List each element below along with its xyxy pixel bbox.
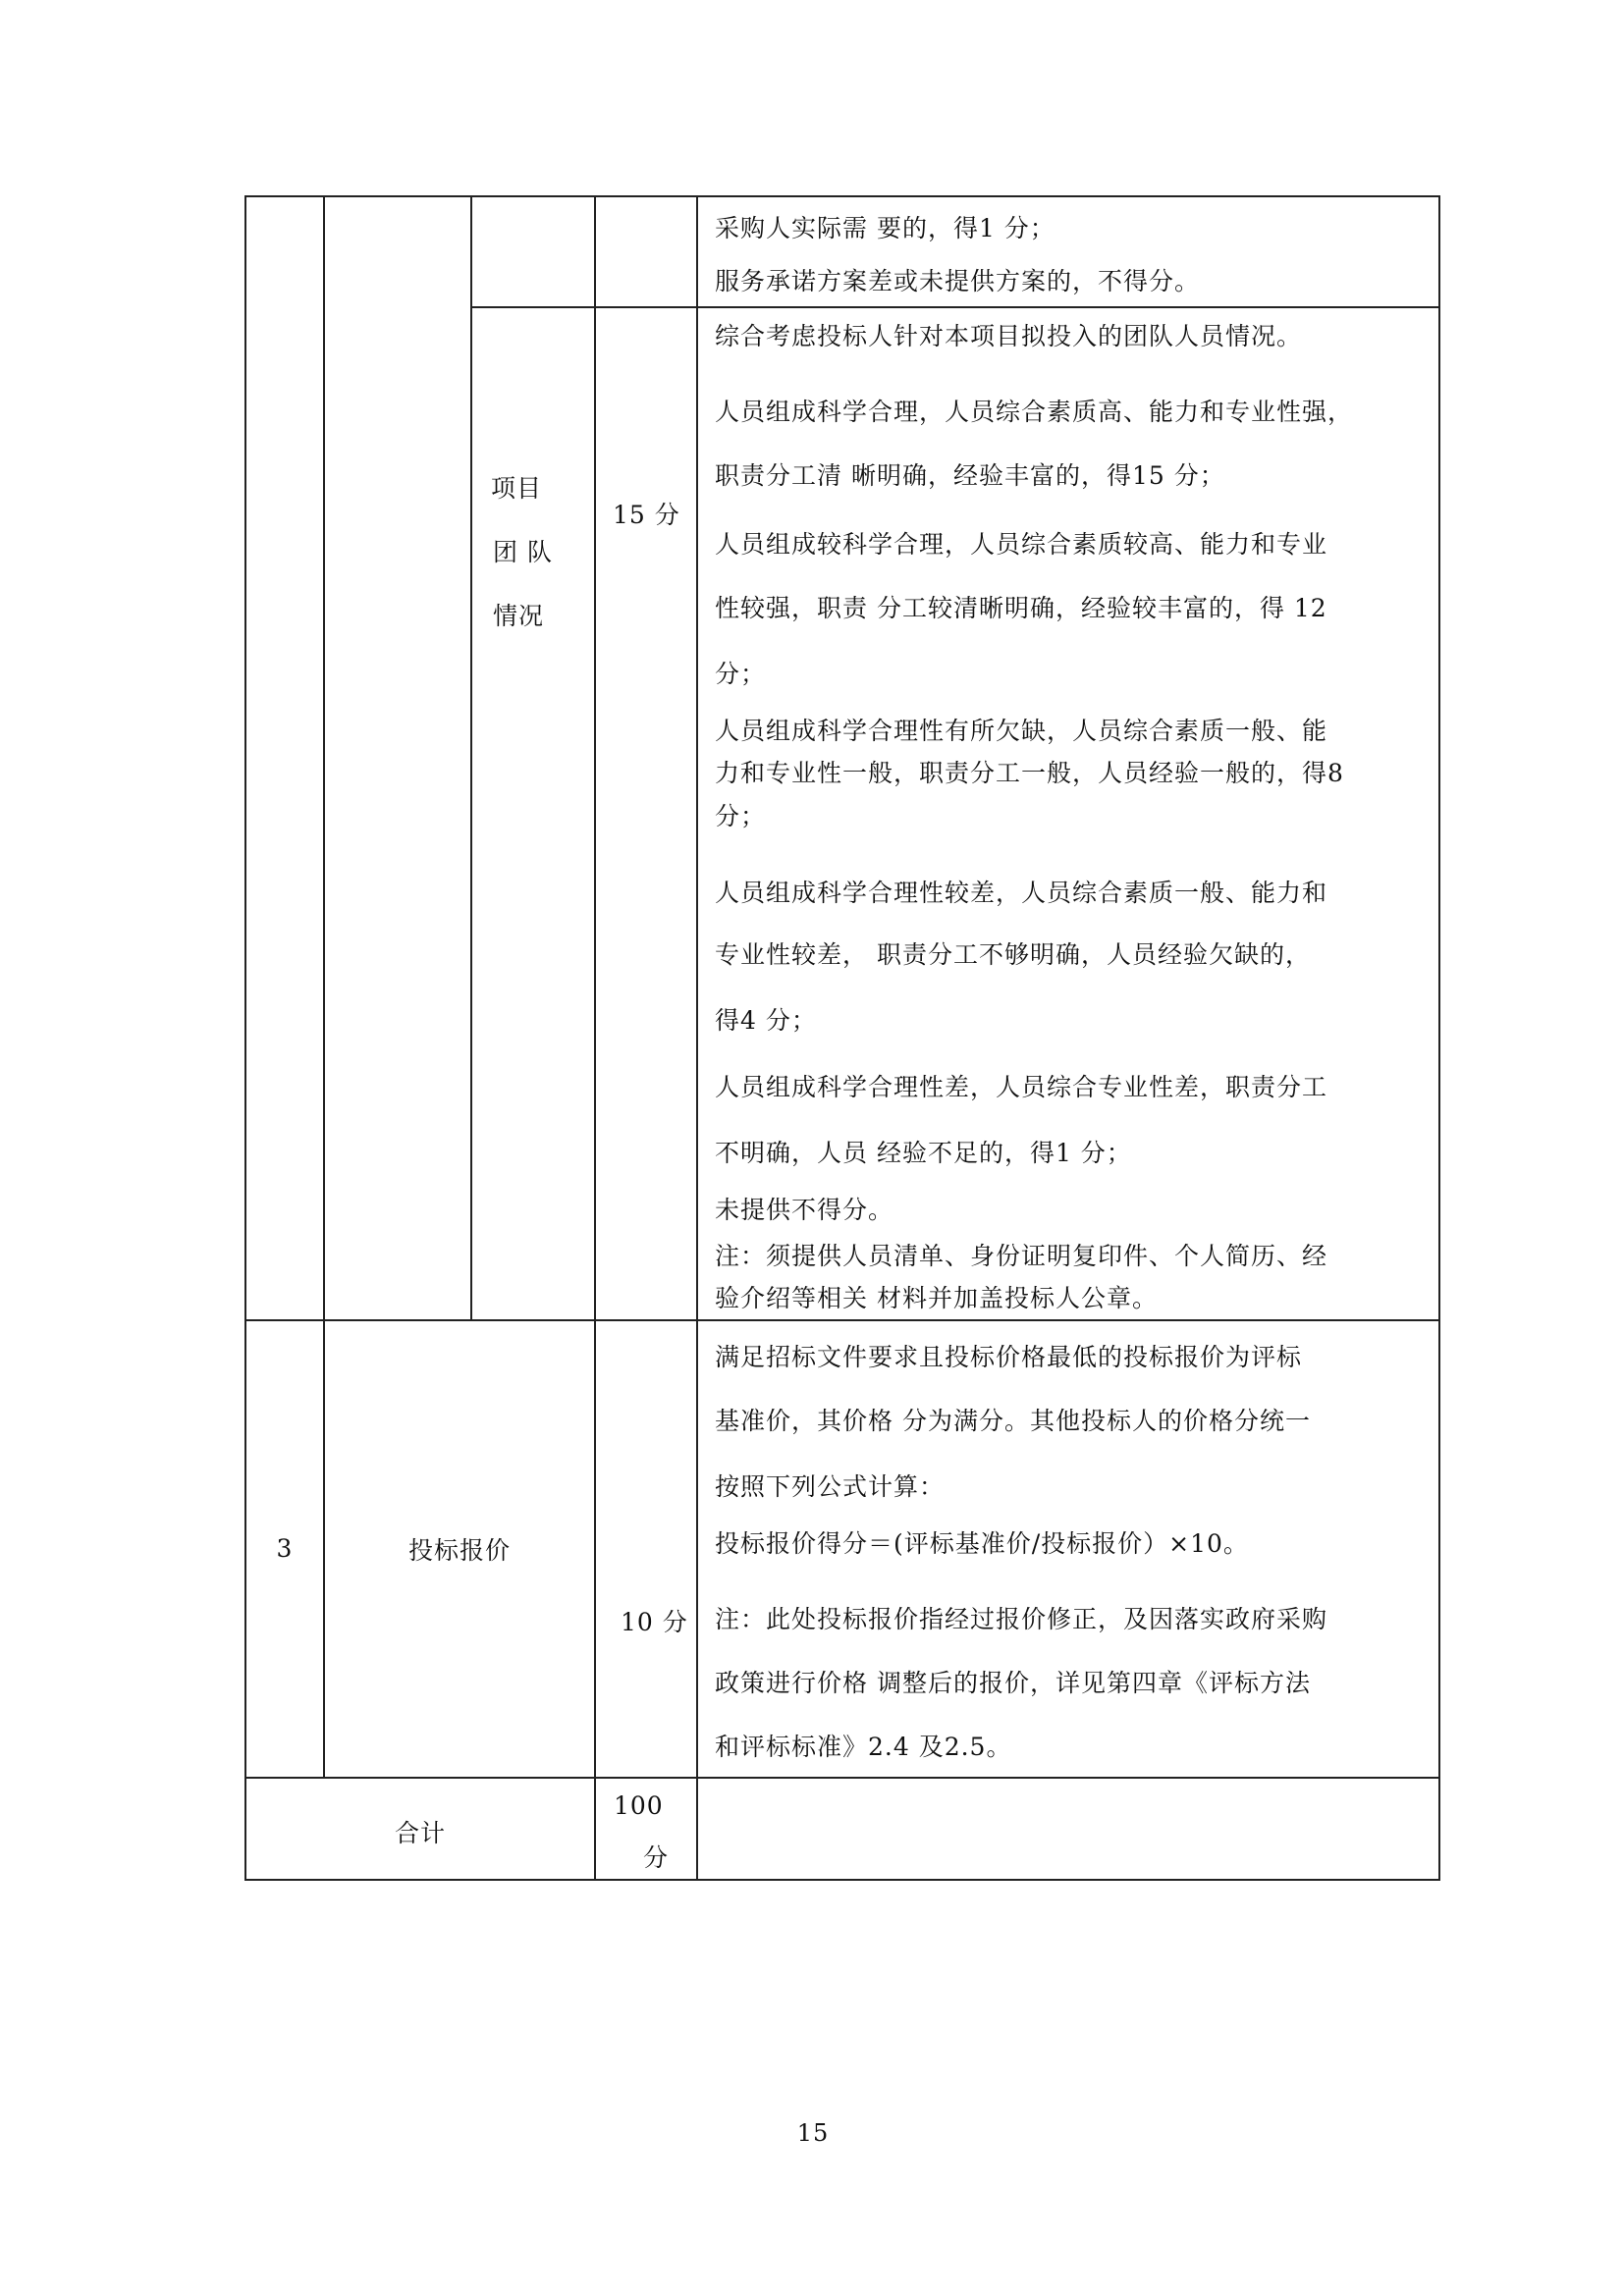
criteria-line: 服务承诺方案差或未提供方案的，不得分。	[715, 267, 1200, 296]
criteria-line: 综合考虑投标人针对本项目拟投入的团队人员情况。	[715, 322, 1302, 351]
criteria-line: 分；	[715, 660, 766, 689]
total-score: 100	[614, 1791, 664, 1821]
criteria-line: 满足招标文件要求且投标价格最低的投标报价为评标	[715, 1343, 1302, 1372]
col-border-left	[244, 195, 246, 1881]
criteria-line: 力和专业性一般，职责分工一般，人员经验一般的，得8	[715, 759, 1344, 788]
page-number: 15	[797, 2118, 830, 2148]
total-label: 合计	[395, 1819, 446, 1848]
criteria-line: 和评标标准》2.4 及2.5。	[715, 1733, 1011, 1762]
formula-line: 投标报价得分＝(评标基准价/投标报价）×10。	[715, 1529, 1249, 1559]
criteria-line: 专业性较差， 职责分工不够明确，人员经验欠缺的，	[715, 940, 1311, 970]
score: 15 分	[613, 501, 680, 530]
criteria-line: 基准价，其价格 分为满分。其他投标人的价格分统一	[715, 1407, 1311, 1436]
criteria-line: 采购人实际需 要的，得1 分；	[715, 214, 1056, 243]
item-label: 团 队	[493, 538, 553, 567]
row-divider-price	[245, 1319, 1440, 1321]
criteria-line: 验介绍等相关 材料并加盖投标人公章。	[715, 1284, 1158, 1313]
criteria-line: 注：此处投标报价指经过报价修正，及因落实政府采购	[715, 1605, 1327, 1634]
criteria-line: 得4 分；	[715, 1006, 817, 1036]
item-label: 情况	[493, 602, 544, 631]
col-border-3	[470, 195, 472, 1321]
col-border-5	[696, 195, 698, 1881]
col-border-right	[1438, 195, 1440, 1881]
criteria-line: 性较强，职责 分工较清晰明确，经验较丰富的，得 12	[715, 594, 1327, 623]
table-bottom-border	[245, 1879, 1440, 1881]
total-score-unit: 分	[643, 1843, 669, 1873]
criteria-line: 人员组成较科学合理，人员综合素质较高、能力和专业	[715, 530, 1327, 560]
row-divider-total	[245, 1777, 1440, 1779]
criteria-line: 按照下列公式计算：	[715, 1472, 945, 1502]
criteria-line: 未提供不得分。	[715, 1196, 893, 1225]
col-border-2	[323, 195, 325, 1779]
row-number: 3	[277, 1534, 294, 1564]
criteria-line: 人员组成科学合理性差，人员综合专业性差，职责分工	[715, 1073, 1327, 1102]
col-border-4	[594, 195, 596, 1881]
score: 10 分	[621, 1608, 688, 1637]
criteria-line: 注：须提供人员清单、身份证明复印件、个人简历、经	[715, 1242, 1327, 1271]
item-label: 投标报价	[408, 1536, 511, 1566]
criteria-line: 职责分工清 晰明确，经验丰富的，得15 分；	[715, 461, 1225, 491]
criteria-line: 政策进行价格 调整后的报价，详见第四章《评标方法	[715, 1669, 1311, 1698]
criteria-line: 不明确，人员 经验不足的，得1 分；	[715, 1139, 1132, 1168]
table-top-border	[245, 195, 1440, 197]
criteria-line: 分；	[715, 802, 766, 831]
criteria-line: 人员组成科学合理，人员综合素质高、能力和专业性强，	[715, 398, 1353, 427]
criteria-line: 人员组成科学合理性较差，人员综合素质一般、能力和	[715, 879, 1327, 908]
criteria-line: 人员组成科学合理性有所欠缺，人员综合素质一般、能	[715, 717, 1327, 746]
item-label: 项目	[491, 474, 542, 504]
row-divider-team	[471, 306, 1440, 308]
